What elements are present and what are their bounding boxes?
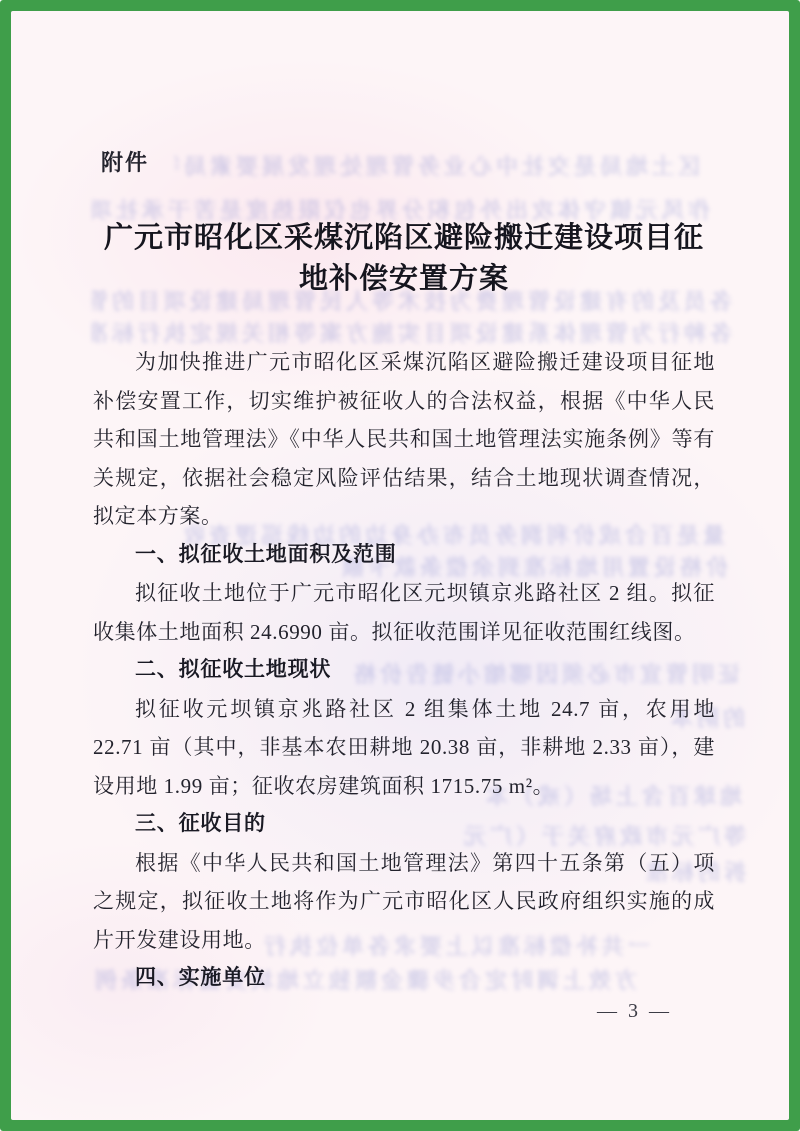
document-body: 为加快推进广元市昭化区采煤沉陷区避险搬迁建设项目征地补偿安置工作，切实维护被征收… [93,343,715,998]
body-paragraph: 为加快推进广元市昭化区采煤沉陷区避险搬迁建设项目征地补偿安置工作，切实维护被征收… [93,343,715,536]
body-paragraph: 根据《中华人民共和国土地管理法》第四十五条第（五）项之规定，拟征收土地将作为广元… [93,844,715,960]
content-layer: 附件 广元市昭化区采煤沉陷区避险搬迁建设项目征 地补偿安置方案 为加快推进广元市… [0,0,800,1131]
document-title-line2: 地补偿安置方案 [93,259,715,300]
section-heading: 一、拟征收土地面积及范围 [93,536,715,575]
attachment-label: 附件 [101,146,149,177]
section-heading: 二、拟征收土地现状 [93,651,715,690]
document-title: 广元市昭化区采煤沉陷区避险搬迁建设项目征 地补偿安置方案 [93,218,715,300]
section-heading: 三、征收目的 [93,805,715,844]
section-heading: 四、实施单位 [93,959,715,998]
body-paragraph: 拟征收土地位于广元市昭化区元坝镇京兆路社区 2 组。拟征收集体土地面积 24.6… [93,574,715,651]
document-title-line1: 广元市昭化区采煤沉陷区避险搬迁建设项目征 [93,218,715,259]
body-paragraph: 拟征收元坝镇京兆路社区 2 组集体土地 24.7 亩，农用地 22.71 亩（其… [93,690,715,806]
page-number: — 3 — [597,1000,672,1023]
